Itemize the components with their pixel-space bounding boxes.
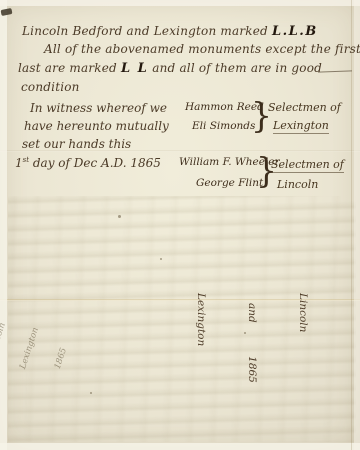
docket-right-line: Lincoln (294, 293, 311, 425)
paper-speck (118, 215, 121, 218)
town-label: Lexington (273, 119, 329, 134)
manuscript-line-3: last are marked L L and all of them are … (18, 61, 322, 76)
paper-speck (160, 258, 162, 260)
docket-right-line: Lexington (192, 293, 209, 425)
witness-date-line: 1st day of Dec A.D. 1865 (15, 156, 161, 170)
signatory-name: George Flint (196, 177, 263, 189)
docket-right-line: and 1865 (243, 293, 260, 425)
manuscript-line-4: condition (21, 80, 80, 94)
witness-clause-line: In witness whereof we (30, 101, 167, 115)
date-rest: day of Dec A.D. 1865 (29, 156, 161, 170)
selectmen-label: Selectmen of (268, 101, 341, 114)
line3-text: last are marked (18, 61, 121, 75)
boundary-mark-llb: L.L.B (272, 24, 318, 39)
ink-blot (0, 8, 12, 16)
town-label: Lincoln (277, 178, 318, 191)
manuscript-page: Lincoln Bedford and Lexington marked L.L… (0, 0, 360, 450)
signatory-name: Eli Simonds (192, 120, 255, 132)
manuscript-line-1: Lincoln Bedford and Lexington marked L.L… (22, 24, 318, 39)
witness-clause-line: have hereunto mutually (24, 119, 169, 133)
boundary-mark-ll: L L (121, 61, 148, 76)
manuscript-line-2: All of the abovenamed monuments except t… (44, 42, 360, 56)
page-edge (354, 0, 360, 450)
line3-text-cont: and all of them are in good (148, 61, 322, 75)
flourish-dash (318, 70, 352, 72)
page-edge (0, 0, 360, 6)
page-edge (351, 0, 352, 450)
date-day: 1 (15, 156, 23, 170)
page-edge (0, 443, 360, 450)
docket-right: Lincoln and 1865 Lexington (158, 293, 345, 425)
line1-text: Lincoln Bedford and Lexington marked (22, 24, 272, 38)
docket-left-line: 1865 (40, 308, 83, 410)
paper-speck (90, 392, 92, 394)
selectmen-label: Selectmen of (271, 158, 344, 173)
docket-left-line: Lexington (9, 297, 52, 399)
witness-clause-line: set our hands this (22, 137, 131, 151)
